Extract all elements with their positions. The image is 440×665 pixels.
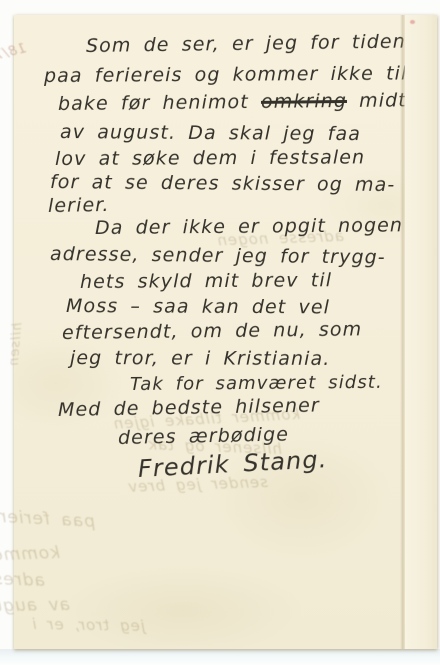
bleedthrough-date: 18/7 13 [0,41,28,70]
bleedthrough-text: adresse, skisser og ma- [0,563,45,591]
letter-line: lov at søke dem i festsalen [55,146,365,170]
letter-line: hets skyld mit brev til [80,269,332,293]
letter-line: Moss – saa kan det vel [66,295,330,318]
crossed-out-word: omkring [261,90,347,113]
letter-line: Da der ikke er opgit nogen [95,214,403,239]
letter-line: Med de bedste hilsener [58,394,320,421]
letter-line: adresse, sender jeg for trygg- [50,243,386,269]
letter-line: for at se deres skisser og ma- [50,171,396,196]
letter-closing: deres ærbødige [118,423,290,449]
bleedthrough-text: hilsen [7,322,26,368]
page-edge-strip [405,15,437,649]
letter-line: lerier. [48,194,110,217]
bleedthrough-text: jeg tror, er i [31,615,145,635]
letter-line: paa feriereis og kommer ikke til- [44,62,416,87]
letter-sheet: 18/7 13 adresse nogen kommer tilbake igj… [14,15,437,649]
letter-line: bake før henimot omkring midten [58,89,433,115]
bleedthrough-text: kommer jeg tilbake hjem [0,543,60,572]
letter-line: jeg tror, er i Kristiania. [70,347,330,370]
ink-speck [410,20,415,24]
letter-line: eftersendt, om de nu, som [62,318,362,344]
letter-line: av august. Da skal jeg faa [60,121,361,145]
bleedthrough-text: paa feriereis nu midten [0,500,96,532]
letter-line-segment: bake før henimot [58,91,261,115]
letter-line: Tak for samværet sidst. [130,372,383,395]
scanner-background-strip [0,649,440,665]
scanned-letter-page: 18/7 13 adresse nogen kommer tilbake igj… [0,0,440,665]
letter-line: Som de ser, er jeg for tiden [86,31,406,57]
